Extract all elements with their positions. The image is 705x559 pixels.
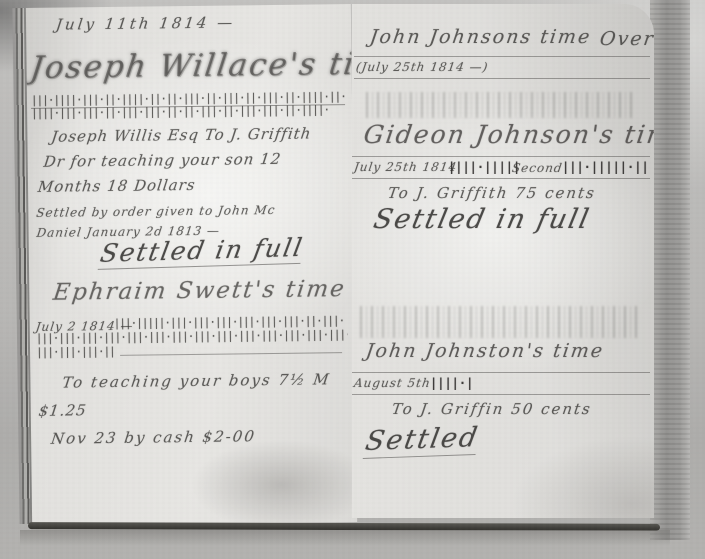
right-entry1-settled: Settled in full: [371, 204, 594, 235]
rule-line: [354, 78, 650, 79]
right-entry2-settled: Settled: [363, 422, 482, 459]
settled-note: Settled in full: [98, 233, 306, 270]
tally-row: ||||·|||||: [448, 160, 520, 174]
ink-smudge-band: [366, 92, 636, 118]
tally-row: |||·|||||·||: [562, 160, 649, 174]
ledger-line: Joseph Willis Esq To J. Griffith: [50, 124, 312, 145]
ink-smudge-band: [360, 306, 640, 338]
teaching-line: To teaching your boys 7½ M: [61, 370, 332, 391]
tally-row: |||·|||·|||·|||: [36, 345, 116, 359]
book-bottom-shadow: [20, 530, 670, 546]
right-date-line: (July 25th 1814 —): [355, 60, 489, 74]
left-date-line: July 11th 1814 —: [55, 13, 236, 33]
right-entry2-date: August 5th: [353, 376, 432, 390]
rule-line: [354, 56, 650, 57]
ledger-photo: July 11th 1814 — Joseph Willace's time |…: [0, 0, 705, 559]
right-page: John Johnsons time Over (July 25th 1814 …: [352, 4, 654, 518]
tally-row: ||||·|||·|||·||·|||·|||·||·||·|||·||·|||…: [31, 103, 331, 120]
right-title: John Johnsons time: [368, 26, 592, 48]
right-title-over: Over: [598, 28, 654, 50]
right-entry2-charge: To J. Griffin 50 cents: [391, 400, 593, 418]
rule-line: [352, 178, 650, 179]
tally-row: |||·|||·|||·|||·|||·|||·|||·|||·|||·|||·…: [36, 328, 348, 345]
second-label: Second: [511, 161, 564, 175]
rule-line: [120, 352, 342, 356]
right-entry1-title: Gideon Johnson's time: [362, 120, 654, 149]
cash-line: Nov 23 by cash $2-00: [50, 427, 257, 448]
ledger-line: Months 18 Dollars: [37, 176, 197, 196]
rule-line: [352, 156, 650, 157]
left-entry1-title: Joseph Willace's time: [28, 45, 357, 86]
left-entry2-title: Ephraim Swett's time: [52, 276, 348, 306]
ledger-line: Settled by order given to John Mc: [35, 203, 276, 220]
book-page-edges: [650, 0, 690, 540]
rule-line: [352, 394, 650, 395]
right-entry1-date: July 25th 1814: [353, 160, 458, 174]
rule-line: [352, 372, 650, 373]
ledger-line: Dr for teaching your son 12: [43, 150, 283, 171]
tally-row: ||||·|: [430, 376, 473, 390]
right-entry2-title: John Johnston's time: [364, 340, 605, 362]
left-page: July 11th 1814 — Joseph Willace's time |…: [24, 4, 357, 526]
right-entry1-charge: To J. Griffith 75 cents: [387, 184, 597, 202]
amount-line: $1.25: [38, 401, 88, 420]
